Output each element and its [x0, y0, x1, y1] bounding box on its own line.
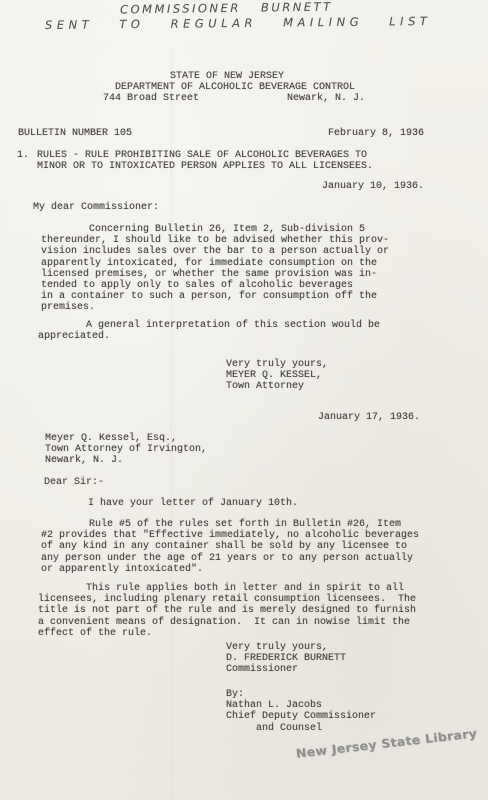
item-number: 1. — [17, 150, 29, 161]
letter2-paragraph-application: This rule applies both in letter and in … — [38, 583, 416, 639]
letter2-paragraph-rule: Rule #5 of the rules set forth in Bullet… — [41, 519, 419, 575]
bulletin-number: BULLETIN NUMBER 105 — [18, 128, 132, 139]
letter1-closing-signature: Very truly yours, MEYER Q. KESSEL, Town … — [226, 359, 328, 392]
letterhead-department: DEPARTMENT OF ALCOHOLIC BEVERAGE CONTROL — [115, 82, 355, 93]
handwritten-note-commissioner: COMMISSIONER BURNETT — [120, 0, 333, 16]
handwritten-note-mailing-list: SENT TO REGULAR MAILING LIST — [45, 14, 431, 32]
letter2-acknowledgement: I have your letter of January 10th. — [88, 498, 298, 509]
document-page: COMMISSIONER BURNETT SENT TO REGULAR MAI… — [0, 0, 488, 800]
letterhead-state: STATE OF NEW JERSEY — [170, 71, 284, 82]
letter2-closing-signature: Very truly yours, D. FREDERICK BURNETT C… — [226, 642, 346, 675]
letter2-salutation: Dear Sir:- — [44, 477, 104, 488]
letter1-paragraph-2: A general interpretation of this section… — [38, 320, 380, 342]
letterhead-street: 744 Broad Street — [103, 93, 199, 104]
letter2-date: January 17, 1936. — [318, 412, 420, 423]
bulletin-date: February 8, 1936 — [328, 128, 424, 139]
letterhead-city: Newark, N. J. — [287, 93, 365, 104]
letter1-salutation: My dear Commissioner: — [33, 202, 159, 213]
letter2-by-block: By: Nathan L. Jacobs Chief Deputy Commis… — [226, 689, 376, 734]
item-title: RULES - RULE PROHIBITING SALE OF ALCOHOL… — [37, 150, 373, 172]
letter2-inside-address: Meyer Q. Kessel, Esq., Town Attorney of … — [45, 433, 207, 466]
letter1-paragraph-1: Concerning Bulletin 26, Item 2, Sub-divi… — [41, 224, 389, 314]
letter1-date: January 10, 1936. — [322, 181, 424, 192]
